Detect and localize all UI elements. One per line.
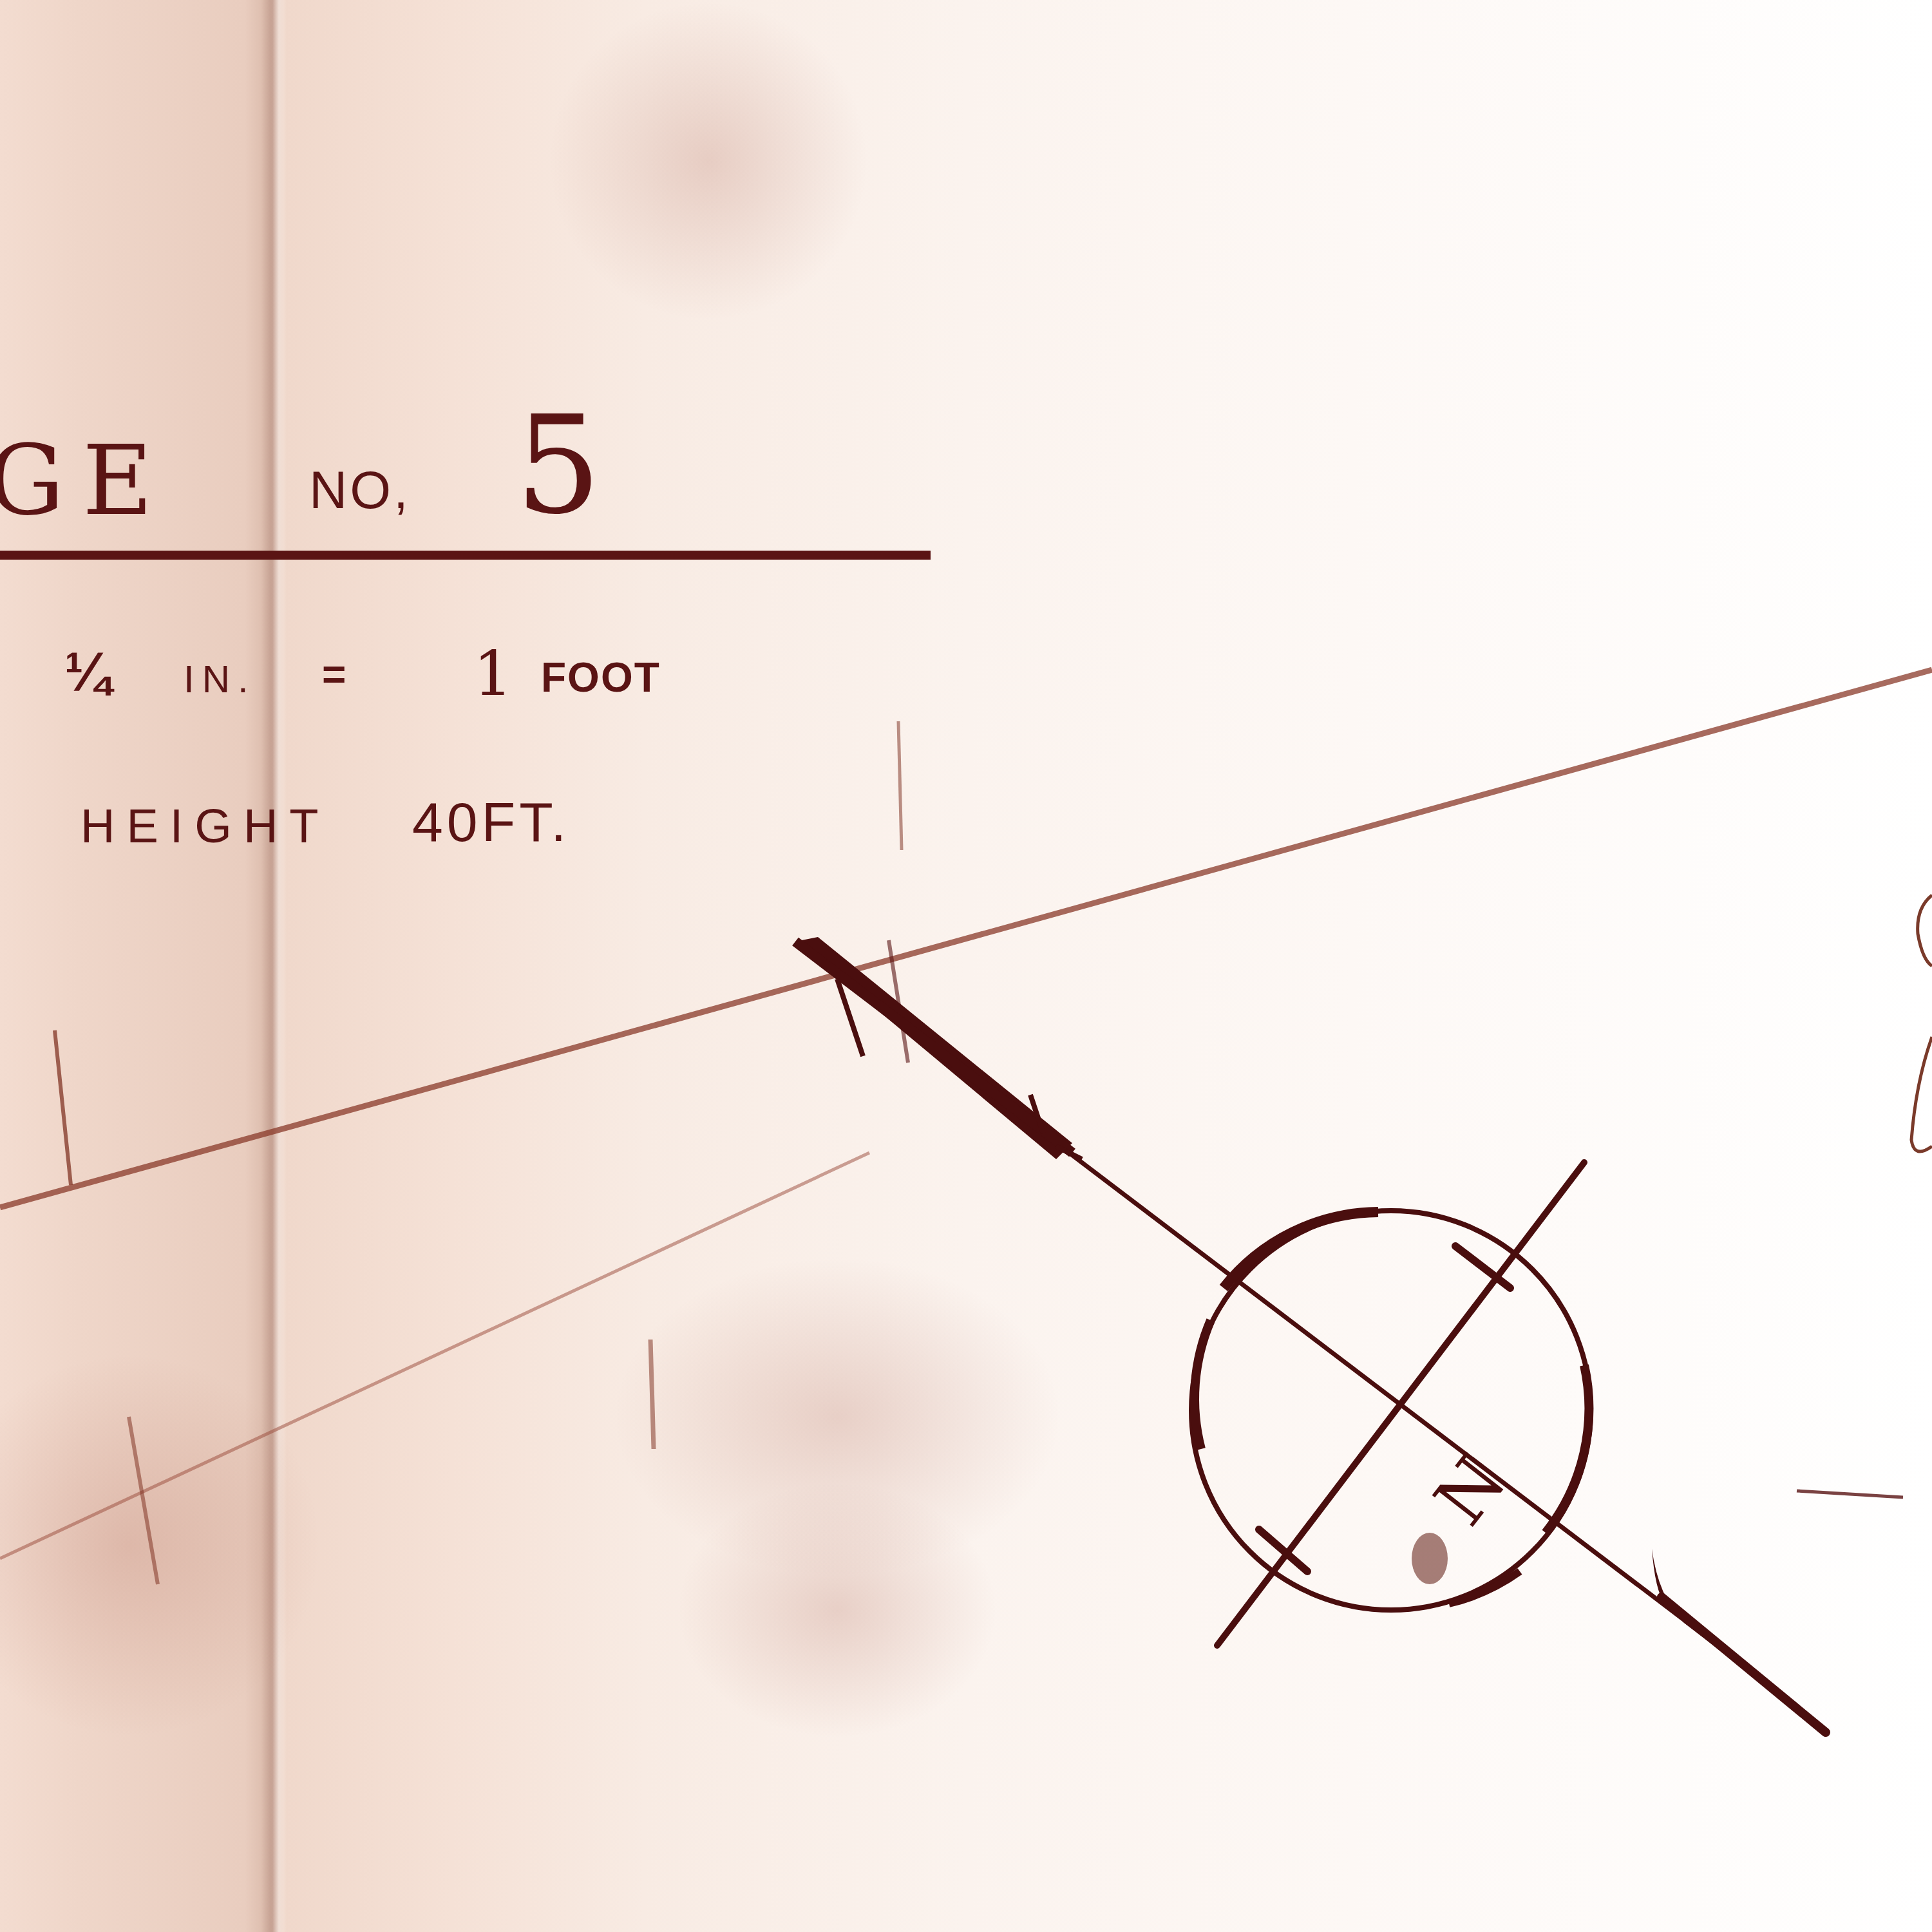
drawing-number-label: NO,	[309, 460, 411, 521]
construction-line	[0, 1153, 869, 1558]
edge-curve	[1911, 1037, 1932, 1151]
drawing-title-partial: GE	[0, 425, 171, 537]
scale-unit-inch: IN.	[184, 657, 256, 701]
height-value: 40FT.	[412, 791, 570, 855]
edge-curve	[1918, 895, 1932, 966]
drawing-linework	[0, 0, 1932, 1932]
scale-unit-foot: FOOT	[541, 654, 661, 701]
drawing-number-value: 5	[515, 386, 601, 544]
height-label: HEIGHT	[80, 799, 330, 853]
north-arrow-icon	[795, 937, 1826, 1732]
construction-line	[0, 670, 1932, 1207]
scale-amount: 1	[473, 638, 513, 710]
scale-fraction: ¼	[64, 641, 111, 705]
scale-equals: =	[322, 650, 346, 698]
